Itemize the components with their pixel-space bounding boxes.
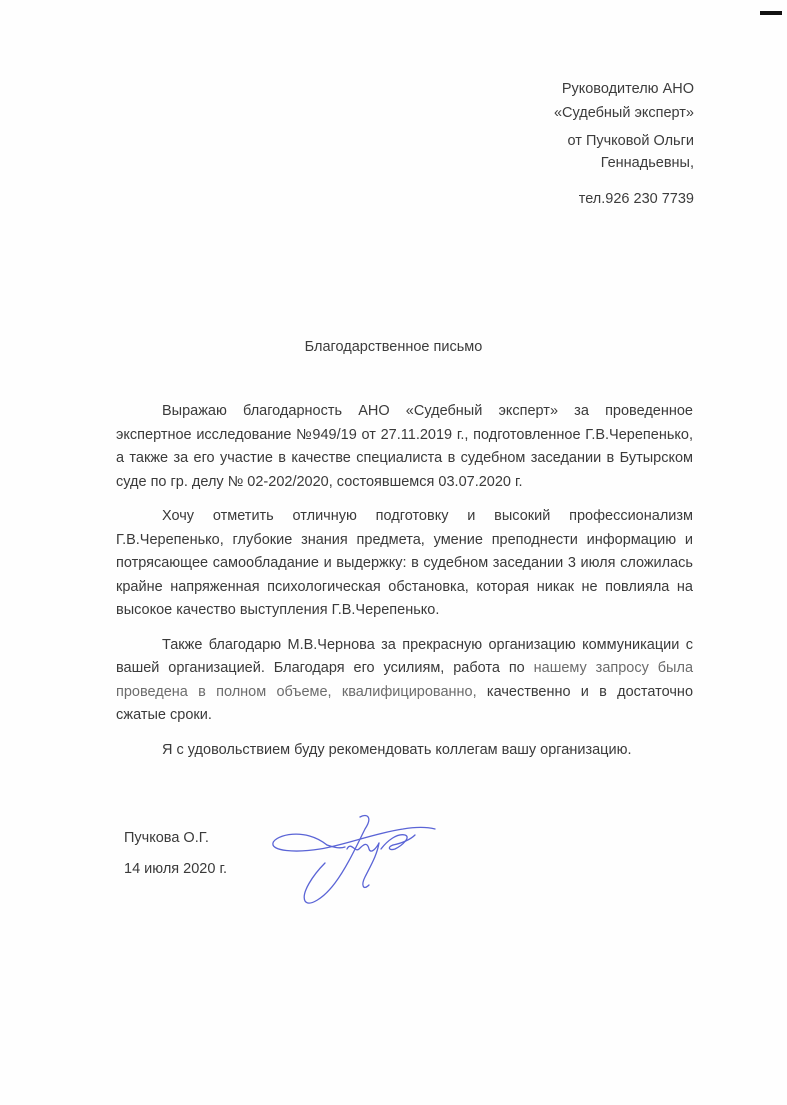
addressee-sender-patronymic: Геннадьевны, (554, 154, 694, 172)
signoff-block: Пучкова О.Г. 14 июля 2020 г. (124, 829, 227, 878)
addressee-sender: от Пучковой Ольги (554, 132, 694, 150)
paragraph-thanks-chernov: Также благодарю М.В.Чернова за прекрасну… (116, 634, 693, 728)
letter-page: Руководителю АНО «Судебный эксперт» от П… (0, 0, 787, 1105)
addressee-block: Руководителю АНО «Судебный эксперт» от П… (554, 80, 694, 208)
signoff-date: 14 июля 2020 г. (124, 861, 227, 877)
paragraph-recommendation: Я с удовольствием буду рекомендовать кол… (116, 739, 693, 763)
signoff-name: Пучкова О.Г. (124, 829, 227, 847)
scan-corner-mark (760, 11, 782, 15)
paragraph-gratitude: Выражаю благодарность АНО «Судебный эксп… (116, 400, 693, 494)
addressee-organization: «Судебный эксперт» (554, 104, 694, 122)
handwritten-signature-icon (265, 805, 445, 910)
letter-body: Выражаю благодарность АНО «Судебный эксп… (116, 400, 693, 773)
addressee-phone: тел.926 230 7739 (554, 190, 694, 208)
addressee-recipient: Руководителю АНО (554, 80, 694, 98)
paragraph-professionalism: Хочу отметить отличную подготовку и высо… (116, 505, 693, 623)
scan-speck (569, 748, 571, 750)
letter-title: Благодарственное письмо (0, 339, 787, 355)
